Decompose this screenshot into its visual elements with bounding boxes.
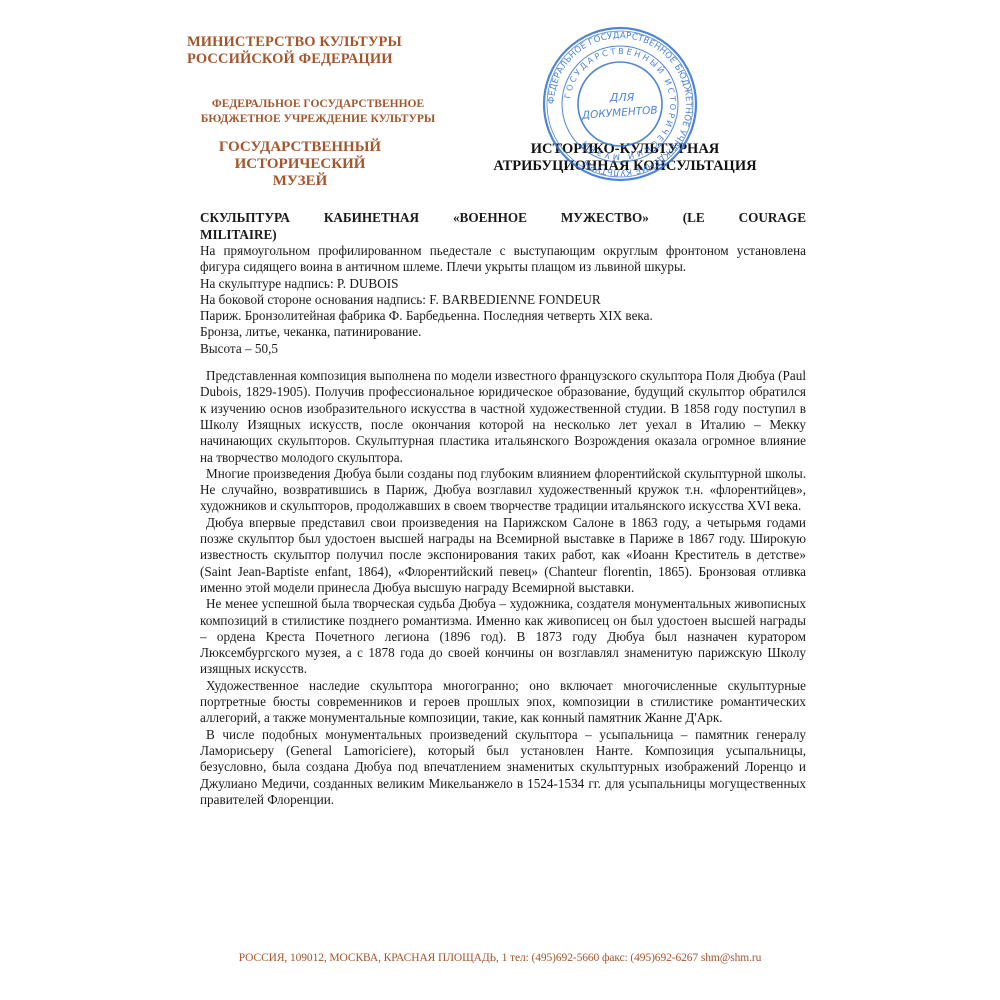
federal-line-2: БЮДЖЕТНОЕ УЧРЕЖДЕНИЕ КУЛЬТУРЫ [188,112,448,127]
federal-line-1: ФЕДЕРАЛЬНОЕ ГОСУДАРСТВЕННОЕ [188,97,448,112]
object-inscription: На скульптуре надпись: P. DUBOIS [200,276,806,292]
object-side-inscription: На боковой стороне основания надпись: F.… [200,292,806,308]
footer-address: РОССИЯ, 109012, МОСКВА, КРАСНАЯ ПЛОЩАДЬ,… [239,952,508,964]
document-type-title: ИСТОРИКО-КУЛЬТУРНАЯ АТРИБУЦИОННАЯ КОНСУЛ… [460,141,790,175]
document-body: СКУЛЬПТУРА КАБИНЕТНАЯ «ВОЕННОЕ МУЖЕСТВО»… [200,209,806,808]
footer-contacts: РОССИЯ, 109012, МОСКВА, КРАСНАЯ ПЛОЩАДЬ,… [200,952,800,964]
footer-fax: факс: (495)692-6267 [602,952,698,964]
ministry-line-2: РОССИЙСКОЙ ФЕДЕРАЦИИ [187,51,402,68]
essay-paragraph: Художественное наследие скульптора много… [200,678,806,727]
object-origin: Париж. Бронзолитейная фабрика Ф. Барбедь… [200,308,806,324]
museum-line-2: ИСТОРИЧЕСКИЙ [200,156,400,173]
stamp-center-line-2: ДОКУМЕНТОВ [581,104,658,121]
footer-email[interactable]: shm@shm.ru [701,952,761,964]
essay-paragraph: Многие произведения Дюбуа были созданы п… [200,466,806,515]
essay-paragraph: Не менее успешной была творческая судьба… [200,596,806,677]
ministry-header: МИНИСТЕРСТВО КУЛЬТУРЫ РОССИЙСКОЙ ФЕДЕРАЦ… [187,34,402,68]
essay-paragraph: Дюбуа впервые представил свои произведен… [200,515,806,596]
document-type-line-1: ИСТОРИКО-КУЛЬТУРНАЯ [460,141,790,158]
museum-name: ГОСУДАРСТВЕННЫЙ ИСТОРИЧЕСКИЙ МУЗЕЙ [200,139,400,190]
essay-paragraph: В числе подобных монументальных произвед… [200,727,806,808]
museum-line-1: ГОСУДАРСТВЕННЫЙ [200,139,400,156]
essay-paragraph: Представленная композиция выполнена по м… [200,368,806,466]
ministry-line-1: МИНИСТЕРСТВО КУЛЬТУРЫ [187,34,402,51]
object-title: СКУЛЬПТУРА КАБИНЕТНАЯ «ВОЕННОЕ МУЖЕСТВО»… [200,209,806,243]
document-type-line-2: АТРИБУЦИОННАЯ КОНСУЛЬТАЦИЯ [460,158,790,175]
museum-line-3: МУЗЕЙ [200,173,400,190]
object-materials: Бронза, литье, чеканка, патинирование. [200,324,806,340]
object-height: Высота – 50,5 [200,341,806,357]
footer-phone: тел: (495)692-5660 [510,952,599,964]
stamp-center-line-1: ДЛЯ [609,91,635,104]
federal-institution-header: ФЕДЕРАЛЬНОЕ ГОСУДАРСТВЕННОЕ БЮДЖЕТНОЕ УЧ… [188,97,448,127]
object-description: На прямоугольном профилированном пьедест… [200,243,806,276]
